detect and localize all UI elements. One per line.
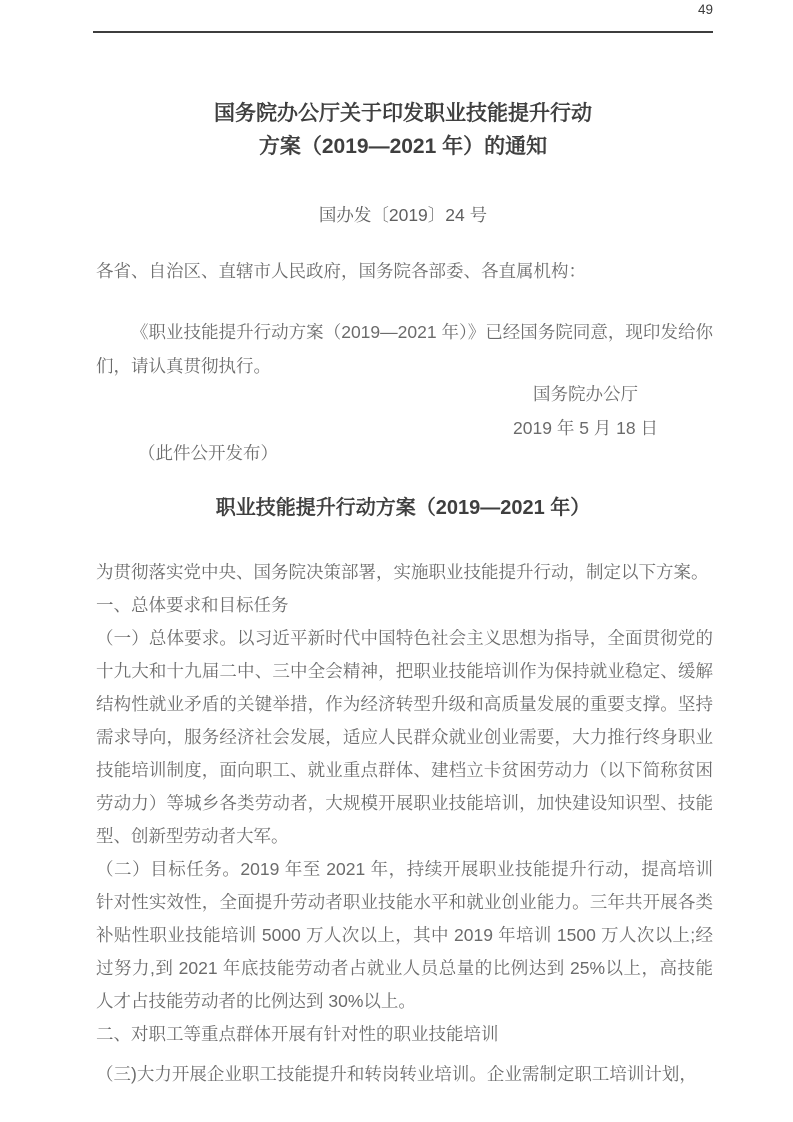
- document-page: 49 国务院办公厅关于印发职业技能提升行动 方案（2019—2021 年）的通知…: [0, 0, 793, 1122]
- notice-title: 国务院办公厅关于印发职业技能提升行动 方案（2019—2021 年）的通知: [93, 97, 713, 163]
- notice-body: 《职业技能提升行动方案（2019—2021 年）》已经国务院同意，现印发给你们，…: [96, 316, 713, 383]
- body-paragraph-item-2: （二）目标任务。2019 年至 2021 年，持续开展职业技能提升行动，提高培训…: [96, 853, 713, 1018]
- salutation: 各省、自治区、直辖市人民政府，国务院各部委、各直属机构：: [96, 255, 713, 288]
- plan-body: 为贯彻落实党中央、国务院决策部署，实施职业技能提升行动，制定以下方案。 一、总体…: [96, 556, 713, 1091]
- notice-title-line2: 方案（2019—2021 年）的通知: [93, 130, 713, 163]
- doc-number: 国办发〔2019〕24 号: [93, 199, 713, 232]
- page-number: 49: [698, 0, 713, 20]
- body-section-heading-1: 一、总体要求和目标任务: [96, 589, 713, 622]
- notice-title-line1: 国务院办公厅关于印发职业技能提升行动: [93, 97, 713, 130]
- body-paragraph-item-1: （一）总体要求。以习近平新时代中国特色社会主义思想为指导，全面贯彻党的十九大和十…: [96, 622, 713, 853]
- release-note: （此件公开发布）: [96, 437, 713, 470]
- header-rule: [93, 31, 713, 33]
- plan-title: 职业技能提升行动方案（2019—2021 年）: [93, 492, 713, 525]
- signature-inner: 国务院办公厅 2019 年 5 月 18 日: [513, 378, 658, 445]
- body-section-heading-2: 二、对职工等重点群体开展有针对性的职业技能培训: [96, 1018, 713, 1051]
- body-paragraph-item-3: （三)大力开展企业职工技能提升和转岗转业培训。企业需制定职工培训计划，: [96, 1058, 713, 1091]
- signature-org: 国务院办公厅: [513, 378, 658, 412]
- body-paragraph-intro: 为贯彻落实党中央、国务院决策部署，实施职业技能提升行动，制定以下方案。: [96, 556, 713, 589]
- signature-block: 国务院办公厅 2019 年 5 月 18 日: [96, 378, 713, 445]
